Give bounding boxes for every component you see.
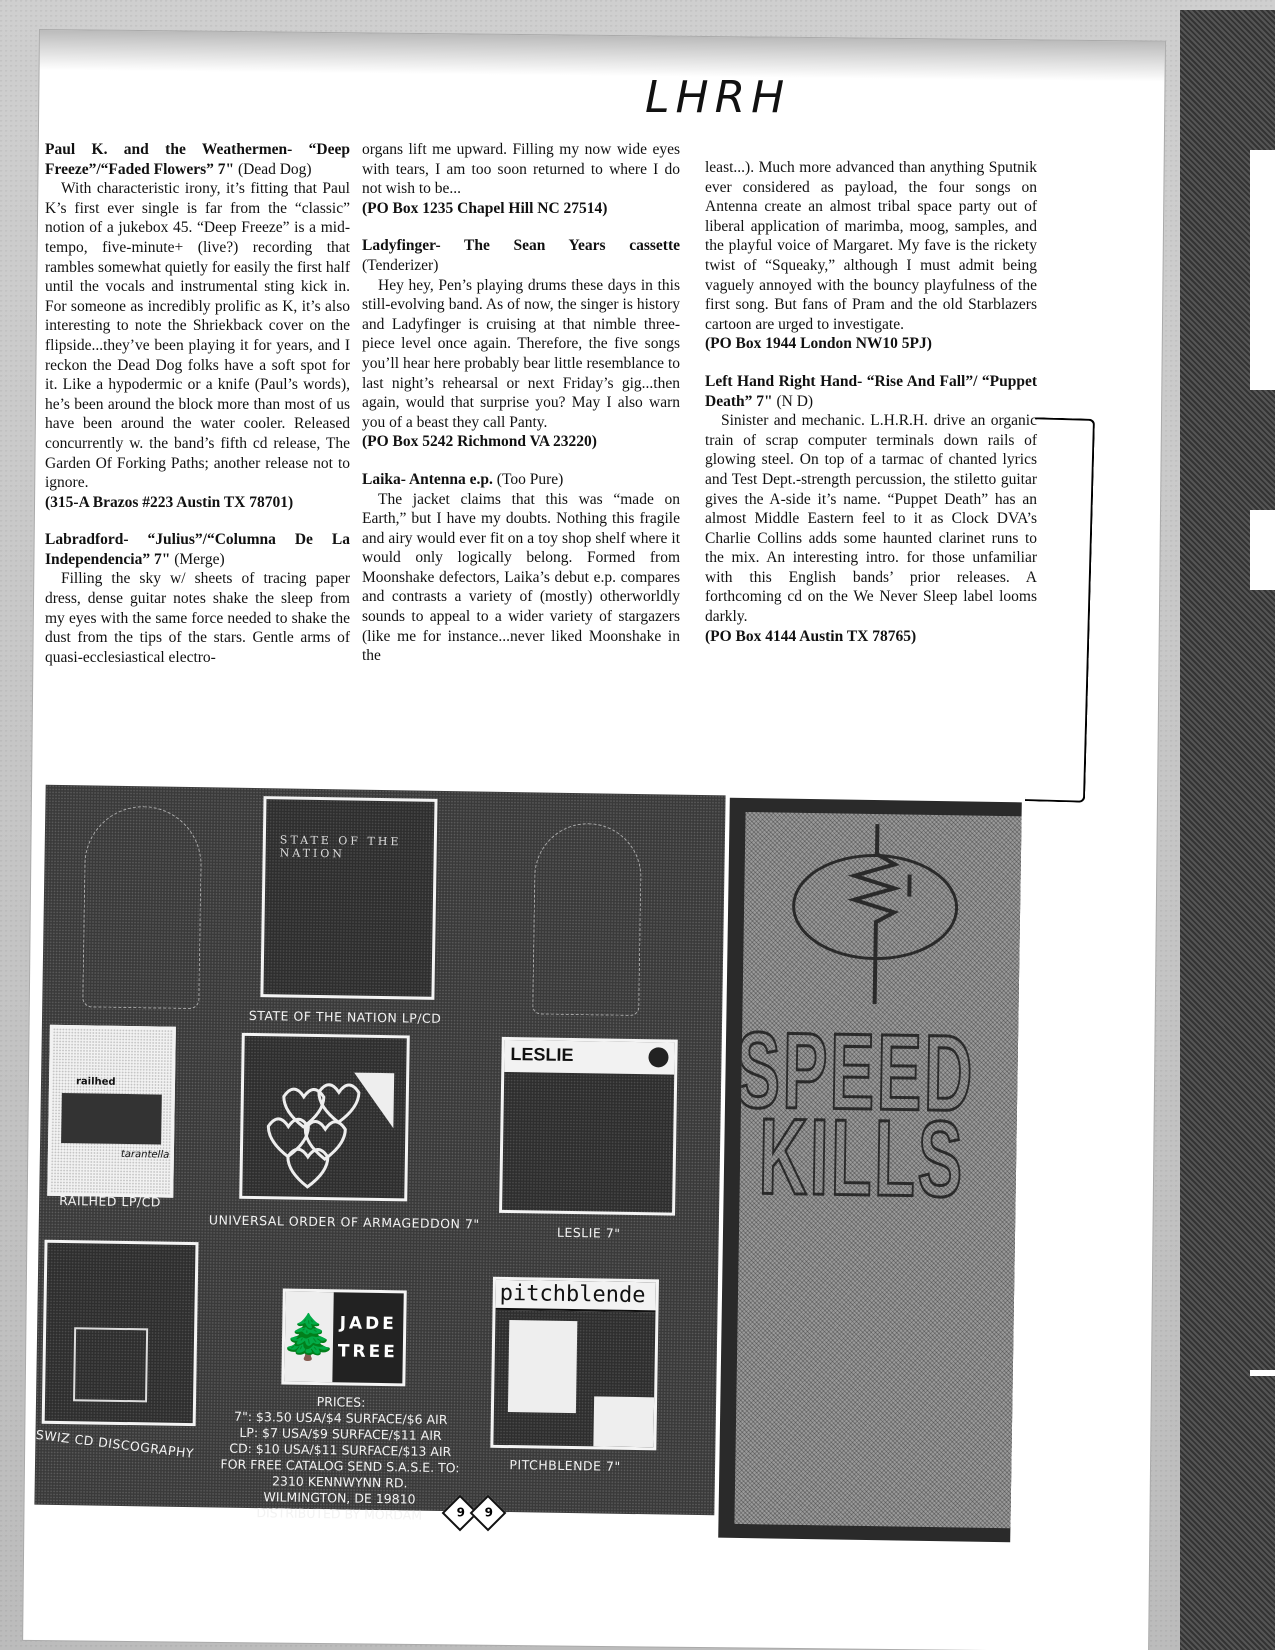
review-address: (315-A Brazos #223 Austin TX 78701) [45,493,350,513]
handwritten-note: LHRH [645,72,790,123]
hearts-artwork-icon [242,1036,400,1192]
cover-text: LESLIE [510,1044,573,1066]
caption-state-of-the-nation: STATE OF THE NATION LP/CD [240,1008,450,1026]
caption-railhed: RAILHED LP/CD [59,1193,159,1210]
review-label: (Dead Dog) [238,161,312,178]
review-label: (Tenderizer) [362,257,438,274]
cover-artwork-panel [508,1320,577,1413]
handwritten-bracket-mark [1025,417,1095,802]
pine-tree-icon: 🌲 [284,1292,333,1383]
review-paul-k: Paul K. and the Weathermen- “Deep Freeze… [45,140,350,512]
review-body: Sinister and mechanic. L.H.R.H. drive an… [705,411,1037,627]
jade-tree-advertisement: STATE OF THE NATION STATE OF THE NATION … [34,785,725,1516]
jade-tree-logo: 🌲 JADE TREE [281,1288,406,1386]
cover-swiz [42,1240,199,1426]
edge-text-fragment [1250,150,1275,390]
logo-word: JADE [339,1309,397,1338]
review-address: (PO Box 4144 Austin TX 78765) [705,627,1037,647]
price-list: PRICES: 7": $3.50 USA/$4 SURFACE/$6 AIR … [189,1392,491,1525]
review-ladyfinger: Ladyfinger- The Sean Years cassette (Ten… [362,236,680,452]
review-column-2: organs lift me upward. Filling my now wi… [362,140,680,684]
review-body: The jacket claims that this was “made on… [362,490,680,666]
review-column-3: least...). Much more advanced than anyth… [705,158,1037,664]
cover-railhed: railhed tarantella [47,1025,176,1198]
review-laika: Laika- Antenna e.p. (Too Pure) The jacke… [362,470,680,666]
review-body: least...). Much more advanced than anyth… [705,158,1037,334]
review-address: (PO Box 1235 Chapel Hill NC 27514) [362,199,680,219]
speed-kills-poster: SPEED KILLS [718,798,1022,1542]
page-number: 9 9 [447,1500,501,1526]
cover-text: tarantella [121,1149,170,1161]
review-body: With characteristic irony, it’s fitting … [45,179,350,493]
page-number-digit: 9 [485,1502,493,1522]
review-address: (PO Box 1944 London NW10 5PJ) [705,334,1037,354]
edge-text-fragment [1250,510,1275,590]
logo-word: TREE [338,1337,398,1366]
logo-words: JADE TREE [332,1292,403,1383]
adjacent-page-edge [1180,10,1275,1650]
caption-leslie: LESLIE 7" [539,1225,639,1242]
review-title: Left Hand Right Hand- “Rise And Fall”/ “… [705,373,1037,410]
review-title: Ladyfinger- The Sean Years cassette [362,237,680,254]
cover-band [61,1093,162,1145]
review-label: (Merge) [174,551,225,568]
cover-pitchblende: pitchblende [490,1277,659,1451]
poster-headline: SPEED KILLS [734,1027,975,1203]
review-column-1: Paul K. and the Weathermen- “Deep Freeze… [45,140,350,685]
edge-text-fragment [1250,1370,1275,1376]
review-labradford-continued: organs lift me upward. Filling my now wi… [362,140,680,218]
sketch-figure-left [82,805,202,1009]
caption-swiz: SWIZ CD DISCOGRAPHY [35,1427,186,1460]
review-laika-continued: least...). Much more advanced than anyth… [705,158,1037,354]
review-label: (N D) [776,393,813,410]
cover-state-of-the-nation: STATE OF THE NATION [260,796,437,1000]
poster-line-2: KILLS [734,1113,974,1203]
review-address: (PO Box 5242 Richmond VA 23220) [362,432,680,452]
caption-universal-order: UNIVERSAL ORDER OF ARMAGEDDON 7" [209,1212,439,1231]
resistor-zigzag-icon [783,823,986,1006]
review-left-hand-right-hand: Left Hand Right Hand- “Rise And Fall”/ “… [705,372,1037,646]
cover-universal-order-of-armageddon [239,1033,410,1202]
review-title: Laika- Antenna e.p. [362,471,493,488]
review-label: (Too Pure) [497,471,564,488]
page-number-diamond: 9 [470,1495,507,1532]
cover-text: railhed [76,1076,116,1088]
review-body: organs lift me upward. Filling my now wi… [362,140,680,199]
cover-text: pitchblende [496,1280,656,1313]
cover-leslie: LESLIE [499,1037,678,1216]
caption-pitchblende: PITCHBLENDE 7" [505,1457,625,1474]
review-labradford: Labradford- “Julius”/“Columna De La Inde… [45,530,350,667]
cover-text: STATE OF THE NATION [280,833,434,861]
poster-panel: SPEED KILLS [734,812,1021,1528]
sketch-figure-right [532,822,642,1016]
cover-artwork-panel [593,1396,654,1447]
review-body: Hey hey, Pen’s playing drums these days … [362,276,680,433]
review-body: Filling the sky w/ sheets of tracing pap… [45,569,350,667]
page-number-digit: 9 [457,1502,465,1522]
cover-artwork-frame [73,1327,148,1402]
